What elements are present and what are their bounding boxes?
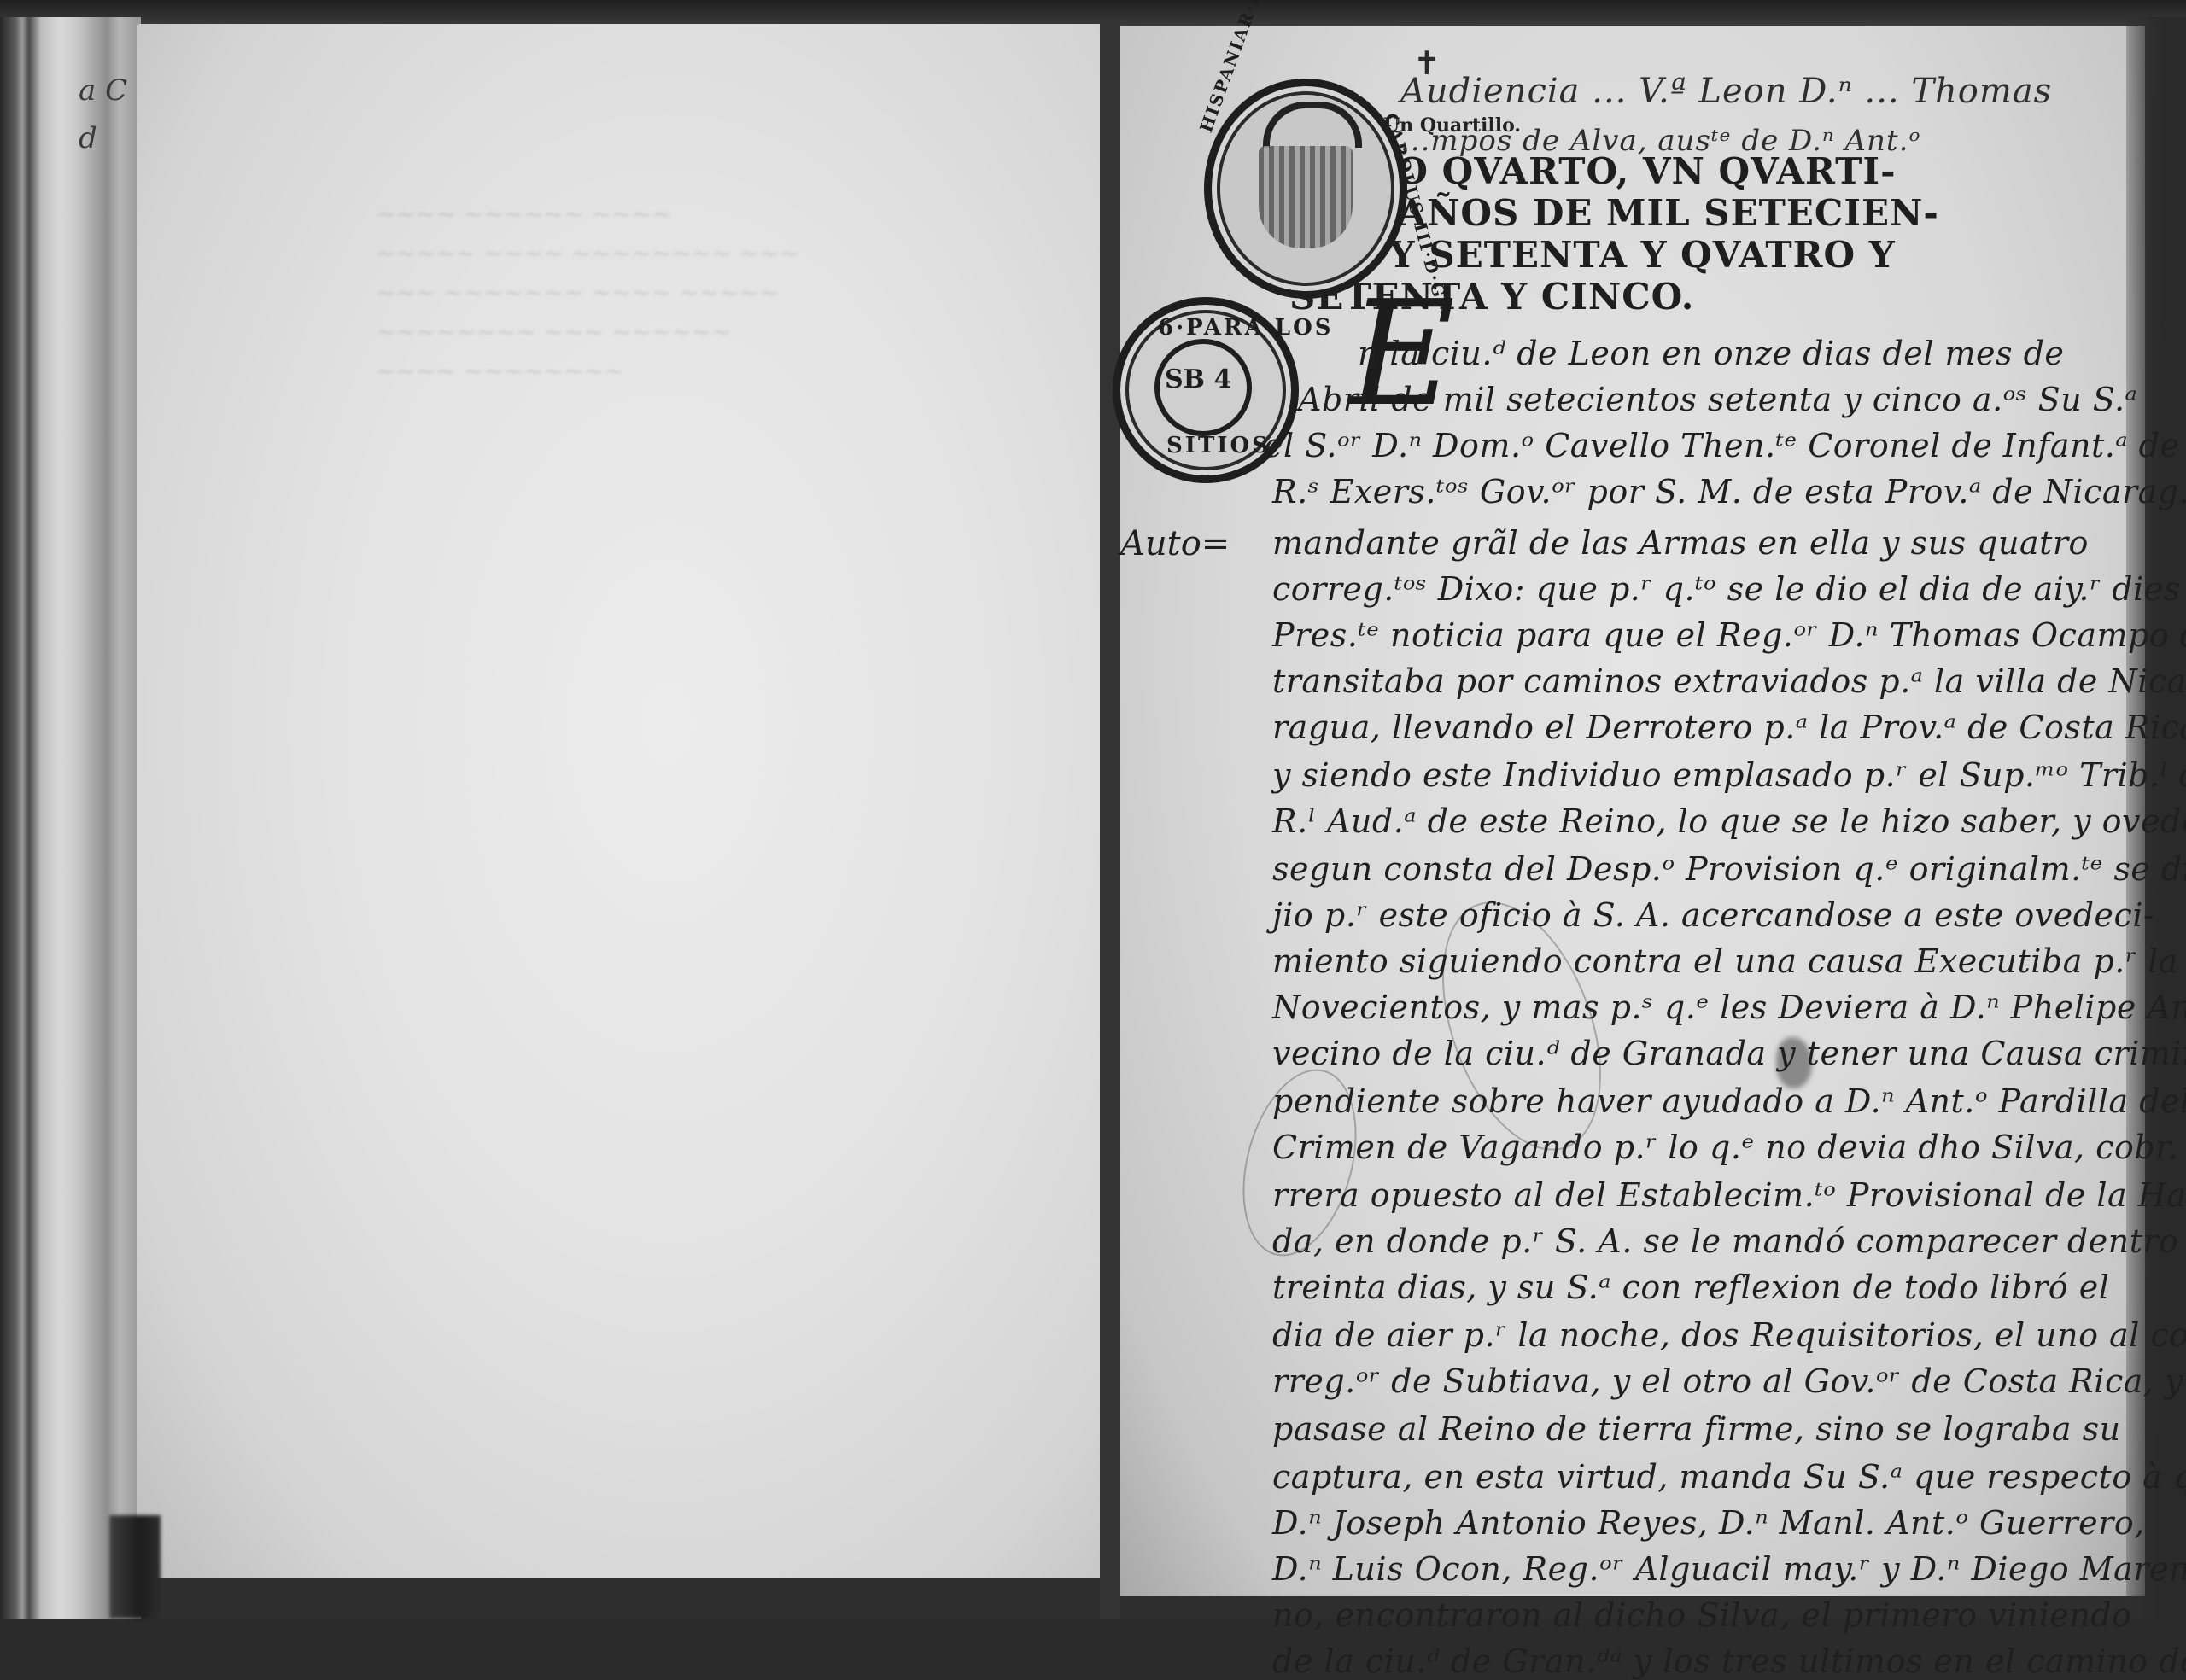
manuscript-line: da, en donde p.ʳ S. A. se le mandó compa…	[1272, 1222, 2186, 1260]
manuscript-line: rreg.ᵒʳ de Subtiava, y el otro al Gov.ᵒʳ…	[1272, 1362, 2186, 1400]
manuscript-line: vecino de la ciu.ᵈ de Granada y tener un…	[1272, 1035, 2186, 1072]
manuscript-line: mandante grãl de las Armas en ella y sus…	[1272, 524, 2089, 562]
manuscript-line: transitaba por caminos extraviados p.ᵃ l…	[1272, 662, 2186, 700]
manuscript-line: pendiente sobre haver ayudado a D.ⁿ Ant.…	[1272, 1082, 2186, 1120]
tax-seal-value: SB 4	[1165, 365, 1231, 394]
manuscript-line: y siendo este Individuo emplasado p.ʳ el…	[1272, 756, 2186, 794]
manuscript-line: D.ⁿ Luis Ocon, Reg.ᵒʳ Alguacil may.ʳ y D…	[1272, 1550, 2186, 1588]
tax-seal-ring-bottom: SITIOS	[1166, 433, 1271, 458]
margin-note-auto: Auto=	[1120, 524, 1230, 563]
manuscript-line: captura, en esta virtud, manda Su S.ᵃ qu…	[1272, 1458, 2186, 1496]
manuscript-line: Abril de mil setecientos setenta y cinco…	[1298, 381, 2137, 418]
crown-icon	[1263, 102, 1362, 148]
manuscript-line: dia de aier p.ʳ la noche, dos Requisitor…	[1272, 1316, 2186, 1354]
manuscript-line: pasase al Reino de tierra firme, sino se…	[1272, 1410, 2121, 1448]
manuscript-line: Crimen de Vagando p.ʳ lo q.ᵉ no devia dh…	[1272, 1129, 2186, 1166]
manuscript-line: el S.ᵒʳ D.ⁿ Dom.ᵒ Cavello Then.ᵗᵉ Corone…	[1264, 427, 2186, 464]
manuscript-line: ragua, llevando el Derrotero p.ᵃ la Prov…	[1272, 709, 2186, 746]
manuscript-line: R.ˡ Aud.ᵃ de este Reino, lo que se le hi…	[1272, 802, 2186, 840]
manuscript-line: treinta dias, y su S.ᵃ con reflexion de …	[1272, 1269, 2109, 1306]
manuscript-line: miento siguiendo contra el una causa Exe…	[1272, 942, 2186, 980]
manuscript-line: jio p.ʳ este oficio à S. A. acercandose …	[1272, 896, 2154, 934]
coat-of-arms-icon	[1259, 146, 1353, 248]
page-tab-marker	[109, 1515, 161, 1619]
manuscript-line: segun consta del Desp.ᵒ Provision q.ᵉ or…	[1272, 850, 2186, 888]
bleed-through-text: ~~~~ ~~~~~~ ~~~~~~~~~ ~~~~ ~~~~~~~~ ~~~~…	[376, 195, 973, 553]
manuscript-line: rrera opuesto al del Establecim.ᵗᵒ Provi…	[1272, 1176, 2186, 1214]
manuscript-line: D.ⁿ Joseph Antonio Reyes, D.ⁿ Manl. Ant.…	[1272, 1504, 2145, 1542]
manuscript-line: Novecientos, y mas p.ˢ q.ᵉ les Deviera à…	[1272, 989, 2186, 1026]
royal-seal-icon	[1204, 79, 1407, 299]
tax-seal-ring-top: 6·PARA·LOS	[1158, 315, 1334, 341]
header-annotation-line1: Audiencia ... V.ª Leon D.ⁿ ... Thomas	[1400, 67, 2135, 116]
page-gutter	[1100, 17, 1120, 1619]
manuscript-line: correg.ᵗᵒˢ Dixo: que p.ʳ q.ᵗᵒ se le dio …	[1272, 570, 2186, 608]
manuscript-line: R.ˢ Exers.ᵗᵒˢ Gov.ᵒʳ por S. M. de esta P…	[1272, 473, 2186, 510]
book-binding-edge: a C d	[0, 17, 141, 1619]
left-page-blank: ~~~~ ~~~~~~ ~~~~~~~~~ ~~~~ ~~~~~~~~ ~~~~…	[137, 24, 1102, 1578]
binding-margin-note: a C d	[79, 67, 138, 162]
manuscript-line: n la ciu.ᵈ de Leon en onze dias del mes …	[1358, 335, 2064, 372]
manuscript-line: Pres.ᵗᵉ noticia para que el Reg.ᵒʳ D.ⁿ T…	[1272, 616, 2186, 654]
manuscript-line: no, encontraron al dicho Silva, el prime…	[1272, 1596, 2131, 1619]
